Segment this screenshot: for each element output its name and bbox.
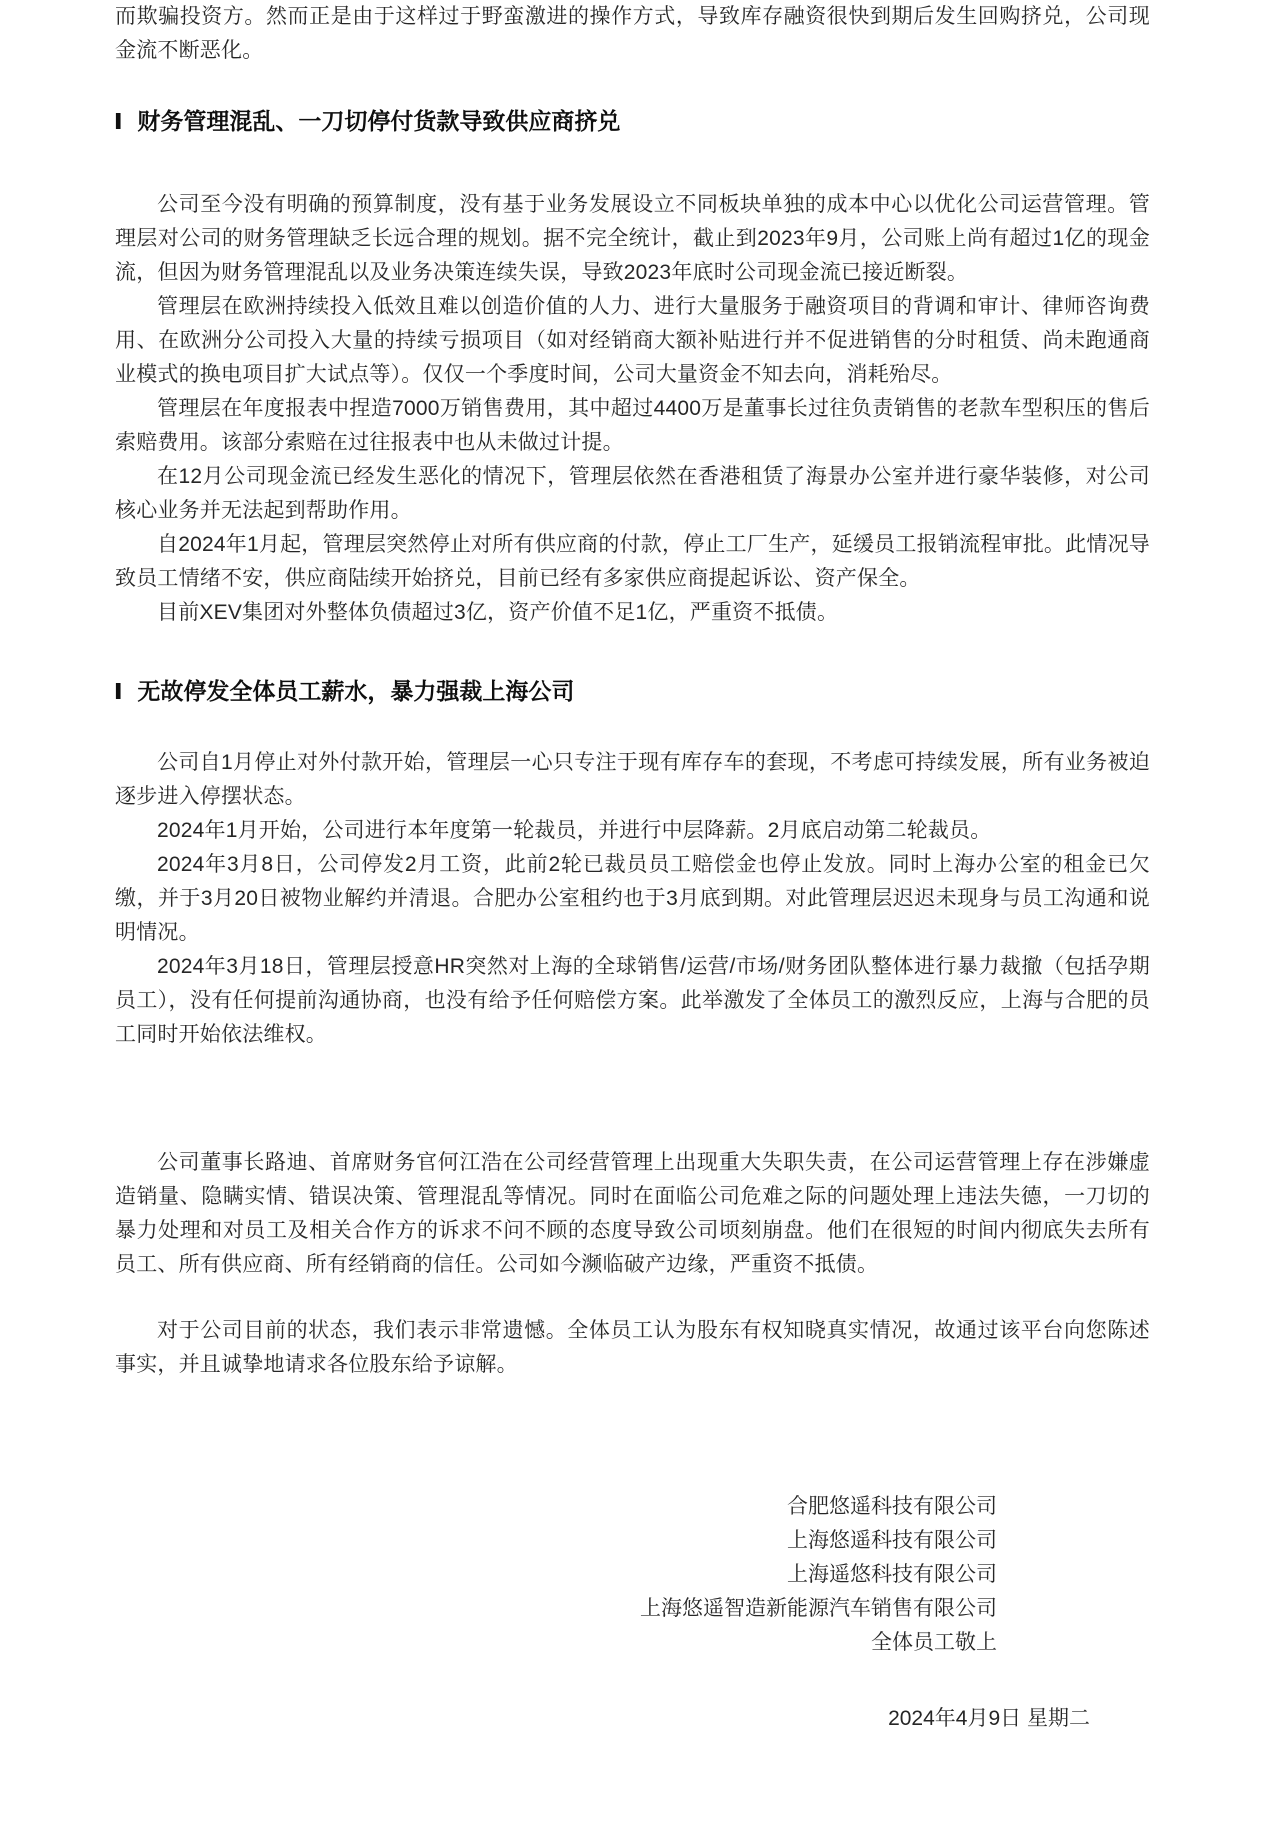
paragraph: 在12月公司现金流已经发生恶化的情况下，管理层依然在香港租赁了海景办公室并进行豪… — [115, 460, 1150, 528]
signoff-line: 全体员工敬上 — [115, 1626, 997, 1660]
closing-paragraph: 对于公司目前的状态，我们表示非常遗憾。全体员工认为股东有权知晓真实情况，故通过该… — [115, 1314, 1150, 1382]
section-2-heading-text: 无故停发全体员工薪水，暴力强裁上海公司 — [137, 674, 574, 708]
document-page: 而欺骗投资方。然而正是由于这样过于野蛮激进的操作方式，导致库存融资很快到期后发生… — [0, 0, 1264, 1841]
paragraph: 2024年3月18日，管理层授意HR突然对上海的全球销售/运营/市场/财务团队整… — [115, 950, 1150, 1052]
paragraph: 自2024年1月起，管理层突然停止对所有供应商的付款，停止工厂生产，延缓员工报销… — [115, 528, 1150, 596]
signature-line: 上海悠遥科技有限公司 — [115, 1524, 997, 1558]
paragraph: 2024年3月8日，公司停发2月工资，此前2轮已裁员员工赔偿金也停止发放。同时上… — [115, 848, 1150, 950]
heading-bar-icon: I — [114, 104, 123, 138]
paragraph: 公司至今没有明确的预算制度，没有基于业务发展设立不同板块单独的成本中心以优化公司… — [115, 188, 1150, 290]
paragraph: 2024年1月开始，公司进行本年度第一轮裁员，并进行中层降薪。2月底启动第二轮裁… — [115, 814, 1150, 848]
paragraph: 管理层在年度报表中捏造7000万销售费用，其中超过4400万是董事长过往负责销售… — [115, 392, 1150, 460]
section-2-heading: I 无故停发全体员工薪水，暴力强裁上海公司 — [115, 674, 1150, 708]
intro-continuation-paragraph: 而欺骗投资方。然而正是由于这样过于野蛮激进的操作方式，导致库存融资很快到期后发生… — [115, 0, 1150, 68]
signature-line: 合肥悠遥科技有限公司 — [115, 1490, 997, 1524]
signature-line: 上海遥悠科技有限公司 — [115, 1558, 997, 1592]
heading-bar-icon: I — [114, 674, 123, 708]
paragraph: 管理层在欧洲持续投入低效且难以创造价值的人力、进行大量服务于融资项目的背调和审计… — [115, 290, 1150, 392]
paragraph: 目前XEV集团对外整体负债超过3亿，资产价值不足1亿，严重资不抵债。 — [115, 596, 1150, 630]
section-1-heading: I 财务管理混乱、一刀切停付货款导致供应商挤兑 — [115, 104, 1150, 138]
section-2-body: 公司自1月停止对外付款开始，管理层一心只专注于现有库存车的套现，不考虑可持续发展… — [115, 746, 1150, 1052]
signature-block: 合肥悠遥科技有限公司 上海悠遥科技有限公司 上海遥悠科技有限公司 上海悠遥智造新… — [115, 1490, 1150, 1660]
closing-paragraph: 公司董事长路迪、首席财务官何江浩在公司经营管理上出现重大失职失责，在公司运营管理… — [115, 1146, 1150, 1282]
section-1-heading-text: 财务管理混乱、一刀切停付货款导致供应商挤兑 — [137, 104, 620, 138]
section-1-body: 公司至今没有明确的预算制度，没有基于业务发展设立不同板块单独的成本中心以优化公司… — [115, 188, 1150, 630]
paragraph: 公司自1月停止对外付款开始，管理层一心只专注于现有库存车的套现，不考虑可持续发展… — [115, 746, 1150, 814]
date-line: 2024年4月9日 星期二 — [115, 1702, 1150, 1736]
signature-line: 上海悠遥智造新能源汽车销售有限公司 — [115, 1592, 997, 1626]
